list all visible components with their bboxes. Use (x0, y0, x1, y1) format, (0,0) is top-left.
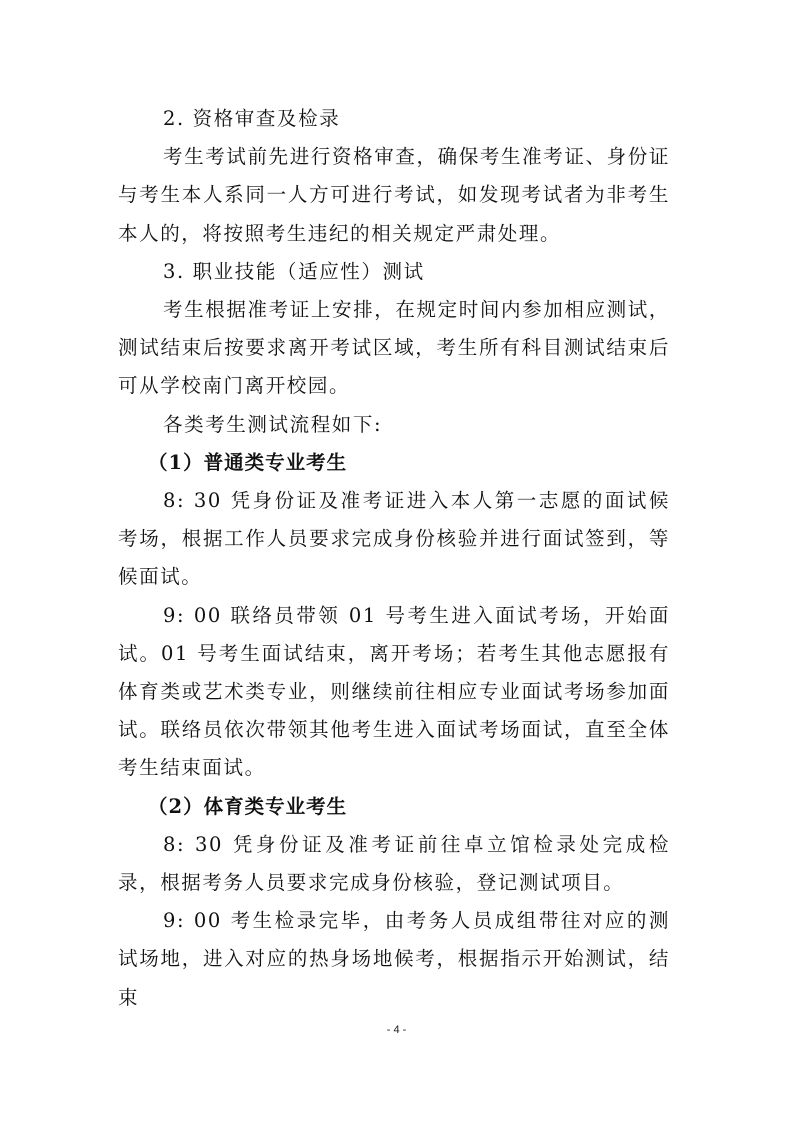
paragraph-sports-900: 9: 00 考生检录完毕，由考务人员成组带往对应的测试场地，进入对应的热身场地候… (118, 902, 670, 1017)
page-number: - 4 - (0, 1024, 793, 1036)
subheading-sports-majors: （2）体育类专业考生 (118, 788, 670, 826)
paragraph-test-arrangement: 考生根据准考证上安排，在规定时间内参加相应测试，测试结束后按要求离开考试区域，考… (118, 291, 670, 406)
paragraph-qualification-review: 考生考试前先进行资格审查，确保考生准考证、身份证与考生本人系同一人方可进行考试，… (118, 138, 670, 253)
paragraph-general-830: 8: 30 凭身份证及准考证进入本人第一志愿的面试候考场，根据工作人员要求完成身… (118, 482, 670, 597)
section-heading-qualification: 2. 资格审查及检录 (118, 100, 670, 138)
document-body: 2. 资格审查及检录 考生考试前先进行资格审查，确保考生准考证、身份证与考生本人… (118, 100, 670, 1017)
paragraph-sports-830: 8: 30 凭身份证及准考证前往卓立馆检录处完成检录，根据考务人员要求完成身份核… (118, 826, 670, 902)
paragraph-process-intro: 各类考生测试流程如下: (118, 406, 670, 444)
paragraph-general-900: 9: 00 联络员带领 01 号考生进入面试考场，开始面试。01 号考生面试结束… (118, 597, 670, 788)
section-heading-skills-test: 3. 职业技能（适应性）测试 (118, 253, 670, 291)
subheading-general-majors: （1）普通类专业考生 (118, 444, 670, 482)
